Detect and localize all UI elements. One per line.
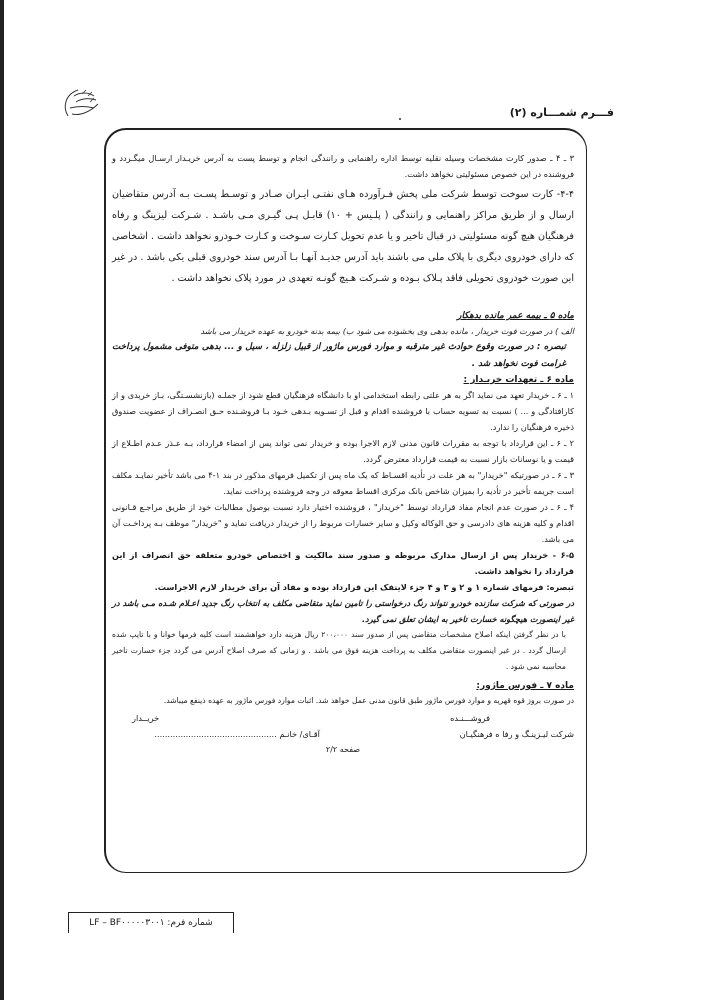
article-6-clause-3: ۳ ـ ۶ ـ در صورتیکه "خریدار" به هر علت در… [112,467,574,499]
form-title: فـــرم شمـــاره (۲) [510,106,614,119]
seller-label: فروشـــنـده [366,713,574,723]
clause-4-3: ۳ ـ ۴ ـ صدور کارت مشخصات وسیله نقلیه توس… [112,150,574,182]
article-5-note: تبصره : در صورت وقوع حوادث غیر مترقبه و … [112,339,574,373]
form-code: شماره فرم: LF – BF۰۰۰۰۰۳۰۰۱ [68,912,234,933]
document-body: ۳ ـ ۴ ـ صدور کارت مشخصات وسیله نقلیه توس… [112,150,574,754]
buyer-name: آقـای/ خانـم ...........................… [112,729,320,739]
article-7-text: در صورت بروز قوه قهریه و موارد فورس ماژو… [112,693,574,709]
color-note: در صورتی که شرکت سازنده خودرو نتواند رنگ… [112,595,574,627]
calligraphy-logo-icon [60,86,104,122]
clause-4-4: ۴-۴- کارت سوخت توسط شرکت ملی پخش فـرآورد… [112,184,574,289]
scan-edge [0,0,4,1000]
article-7-title: ماده ۷ ـ فورس ماژور: [112,681,574,691]
article-6-note-forms: تبصره: فرمهای شماره ۱ و ۲ و ۳ و ۴ جزء لا… [112,579,574,595]
article-5-title: ماده ۵ ـ بیمه عمر مانده بدهکار [112,311,574,321]
article-6-title: ماده ۶ ـ تعهدات خریـدار : [112,375,574,385]
page-number: صفحه ۲/۲ [112,745,574,754]
article-6-clause-2: ۲ ـ ۶ ـ این قرارداد با توجه به مقررات قا… [112,435,574,467]
seller-signature: فروشـــنـده شرکت لیـزینـگ و رفا ه فرهنگی… [366,713,574,739]
signature-row: فروشـــنـده شرکت لیـزینـگ و رفا ه فرهنگی… [112,713,574,739]
article-6-clause-4: ۴ ـ ۶ ـ در صورت عدم انجام مفاد قرارداد ت… [112,499,574,547]
buyer-label: خریــدار [112,713,320,723]
address-note: با در نظر گرفتن اینکه اصلاح مشخصات متقاض… [112,627,574,675]
article-5-clause-a: الف ) در صورت فوت خریدار ، مانده بدهی وی… [112,323,574,339]
seller-name: شرکت لیـزینـگ و رفا ه فرهنگیـان [366,729,574,739]
scan-dot [399,118,401,120]
article-6-clause-1: ۱ ـ ۶ ـ خریدار تعهد می نماید اگر به هر ع… [112,387,574,435]
buyer-signature: خریــدار آقـای/ خانـم ..................… [112,713,320,739]
article-6-clause-5: ۶-۵ - خریدار پس از ارسال مدارک مربوطه و … [112,547,574,579]
